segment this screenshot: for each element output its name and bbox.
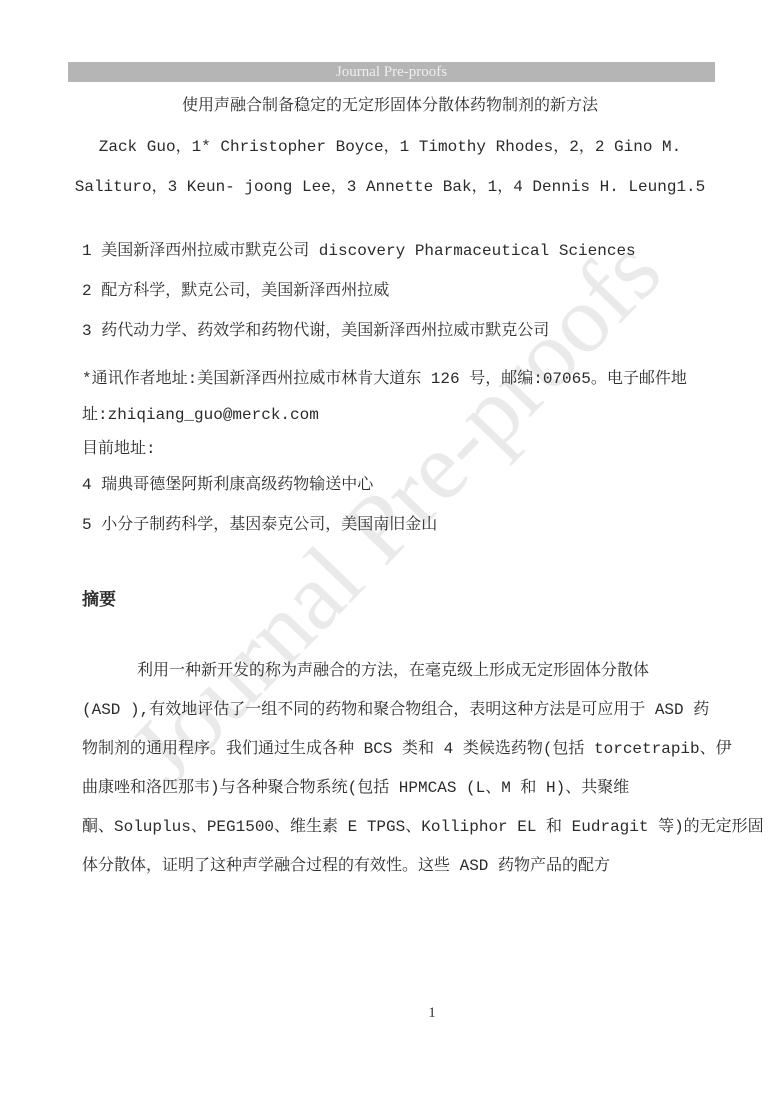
affiliation-1: 1 美国新泽西州拉威市默克公司 discovery Pharmaceutical…: [82, 240, 636, 262]
abstract-line-4: 曲康唑和洛匹那韦)与各种聚合物系统(包括 HPMCAS (L、M 和 H)、共聚…: [82, 777, 629, 799]
current-address-label: 目前地址:: [82, 438, 156, 460]
authors-line-2: Salituro，3 Keun- joong Lee，3 Annette Bak…: [40, 176, 740, 198]
article-title: 使用声融合制备稳定的无定形固体分散体药物制剂的新方法: [40, 95, 740, 117]
page-number: 1: [402, 1005, 462, 1022]
journal-preproof-banner: Journal Pre-proofs: [68, 62, 715, 82]
abstract-line-3: 物制剂的通用程序。我们通过生成各种 BCS 类和 4 类候选药物(包括 torc…: [82, 738, 732, 760]
current-address-5: 5 小分子制药科学，基因泰克公司，美国南旧金山: [82, 514, 437, 536]
affiliation-2: 2 配方科学，默克公司，美国新泽西州拉威: [82, 280, 389, 302]
banner-label: Journal Pre-proofs: [68, 62, 715, 82]
correspondence-line-2: 址:zhiqiang_guo@merck.com: [82, 404, 319, 426]
correspondence-line-1: *通讯作者地址:美国新泽西州拉威市林肯大道东 126 号，邮编:07065。电子…: [82, 368, 687, 390]
document-page: Journal Pre-proofs Journal Pre-proofs 使用…: [0, 0, 780, 1103]
authors-line-1: Zack Guo，1* Christopher Boyce，1 Timothy …: [40, 136, 740, 158]
abstract-line-6: 体分散体，证明了这种声学融合过程的有效性。这些 ASD 药物产品的配方: [82, 855, 610, 877]
abstract-heading: 摘要: [82, 591, 116, 613]
abstract-line-2: (ASD ),有效地评估了一组不同的药物和聚合物组合，表明这种方法是可应用于 A…: [82, 699, 709, 721]
affiliation-3: 3 药代动力学、药效学和药物代谢，美国新泽西州拉威市默克公司: [82, 320, 549, 342]
abstract-line-1: 利用一种新开发的称为声融合的方法，在毫克级上形成无定形固体分散体: [137, 660, 649, 682]
current-address-4: 4 瑞典哥德堡阿斯利康高级药物输送中心: [82, 474, 373, 496]
abstract-line-5: 酮、Soluplus、PEG1500、维生素 E TPGS、Kolliphor …: [82, 816, 764, 838]
